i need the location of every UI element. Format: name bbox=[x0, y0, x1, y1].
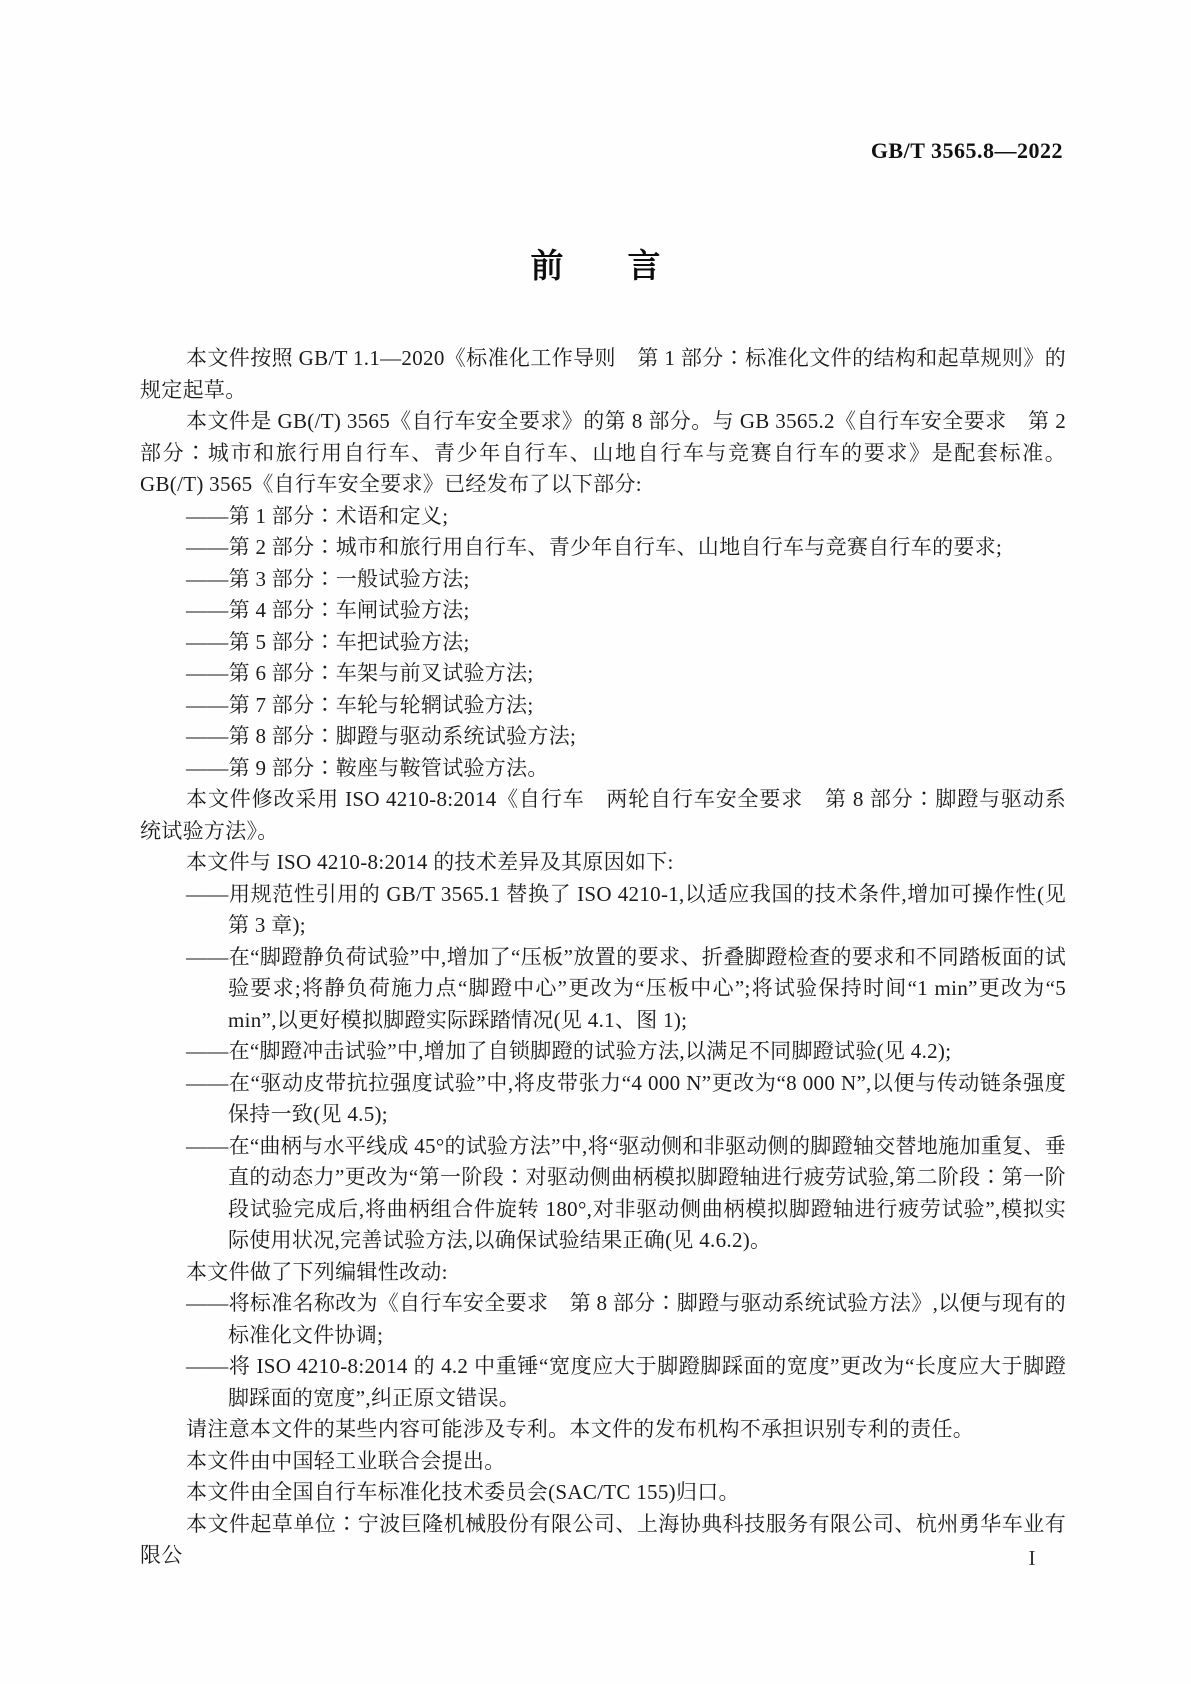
dash-list-item: ——在“驱动皮带抗拉强度试验”中,将皮带张力“4 000 N”更改为“8 000… bbox=[140, 1068, 1066, 1131]
dash-list-item: ——用规范性引用的 GB/T 3565.1 替换了 ISO 4210-1,以适应… bbox=[140, 879, 1066, 942]
title-char-1: 前 bbox=[531, 240, 564, 287]
title-char-2: 言 bbox=[628, 240, 661, 287]
body-paragraph: 本文件起草单位∶宁波巨隆机械股份有限公司、上海协典科技服务有限公司、杭州勇华车业… bbox=[140, 1509, 1066, 1572]
dash-list-item: ——第 3 部分∶一般试验方法; bbox=[140, 564, 1066, 596]
body-paragraph: 本文件做了下列编辑性改动: bbox=[140, 1257, 1066, 1289]
body-paragraph: 本文件按照 GB/T 1.1—2020《标准化工作导则 第 1 部分∶标准化文件… bbox=[140, 343, 1066, 406]
body-paragraph: 本文件是 GB(/T) 3565《自行车安全要求》的第 8 部分。与 GB 35… bbox=[140, 406, 1066, 501]
body-paragraph: 请注意本文件的某些内容可能涉及专利。本文件的发布机构不承担识别专利的责任。 bbox=[140, 1414, 1066, 1446]
standard-code-header: GB/T 3565.8—2022 bbox=[871, 138, 1063, 164]
dash-list-item: ——第 8 部分∶脚蹬与驱动系统试验方法; bbox=[140, 721, 1066, 753]
dash-list-item: ——在“脚蹬冲击试验”中,增加了自锁脚蹬的试验方法,以满足不同脚蹬试验(见 4.… bbox=[140, 1036, 1066, 1068]
foreword-body: 本文件按照 GB/T 1.1—2020《标准化工作导则 第 1 部分∶标准化文件… bbox=[140, 343, 1066, 1572]
body-paragraph: 本文件与 ISO 4210-8:2014 的技术差异及其原因如下: bbox=[140, 847, 1066, 879]
dash-list-item: ——第 6 部分∶车架与前叉试验方法; bbox=[140, 658, 1066, 690]
dash-list-item: ——第 9 部分∶鞍座与鞍管试验方法。 bbox=[140, 753, 1066, 785]
body-paragraph: 本文件由全国自行车标准化技术委员会(SAC/TC 155)归口。 bbox=[140, 1477, 1066, 1509]
dash-list-item: ——将标准名称改为《自行车安全要求 第 8 部分∶脚蹬与驱动系统试验方法》,以便… bbox=[140, 1288, 1066, 1351]
dash-list-item: ——第 7 部分∶车轮与轮辋试验方法; bbox=[140, 690, 1066, 722]
dash-list-item: ——第 1 部分∶术语和定义; bbox=[140, 501, 1066, 533]
body-paragraph: 本文件由中国轻工业联合会提出。 bbox=[140, 1446, 1066, 1478]
body-paragraph: 本文件修改采用 ISO 4210-8:2014《自行车 两轮自行车安全要求 第 … bbox=[140, 784, 1066, 847]
page-number: I bbox=[1000, 1546, 1064, 1571]
dash-list-item: ——将 ISO 4210-8:2014 的 4.2 中重锤“宽度应大于脚蹬脚踩面… bbox=[140, 1351, 1066, 1414]
dash-list-item: ——第 5 部分∶车把试验方法; bbox=[140, 627, 1066, 659]
dash-list-item: ——第 2 部分∶城市和旅行用自行车、青少年自行车、山地自行车与竞赛自行车的要求… bbox=[140, 532, 1066, 564]
dash-list-item: ——第 4 部分∶车闸试验方法; bbox=[140, 595, 1066, 627]
document-page: GB/T 3565.8—2022 前 言 本文件按照 GB/T 1.1—2020… bbox=[0, 0, 1191, 1684]
dash-list-item: ——在“曲柄与水平线成 45°的试验方法”中,将“驱动侧和非驱动侧的脚蹬轴交替地… bbox=[140, 1131, 1066, 1257]
dash-list-item: ——在“脚蹬静负荷试验”中,增加了“压板”放置的要求、折叠脚蹬检查的要求和不同踏… bbox=[140, 942, 1066, 1037]
page-title: 前 言 bbox=[0, 240, 1191, 287]
